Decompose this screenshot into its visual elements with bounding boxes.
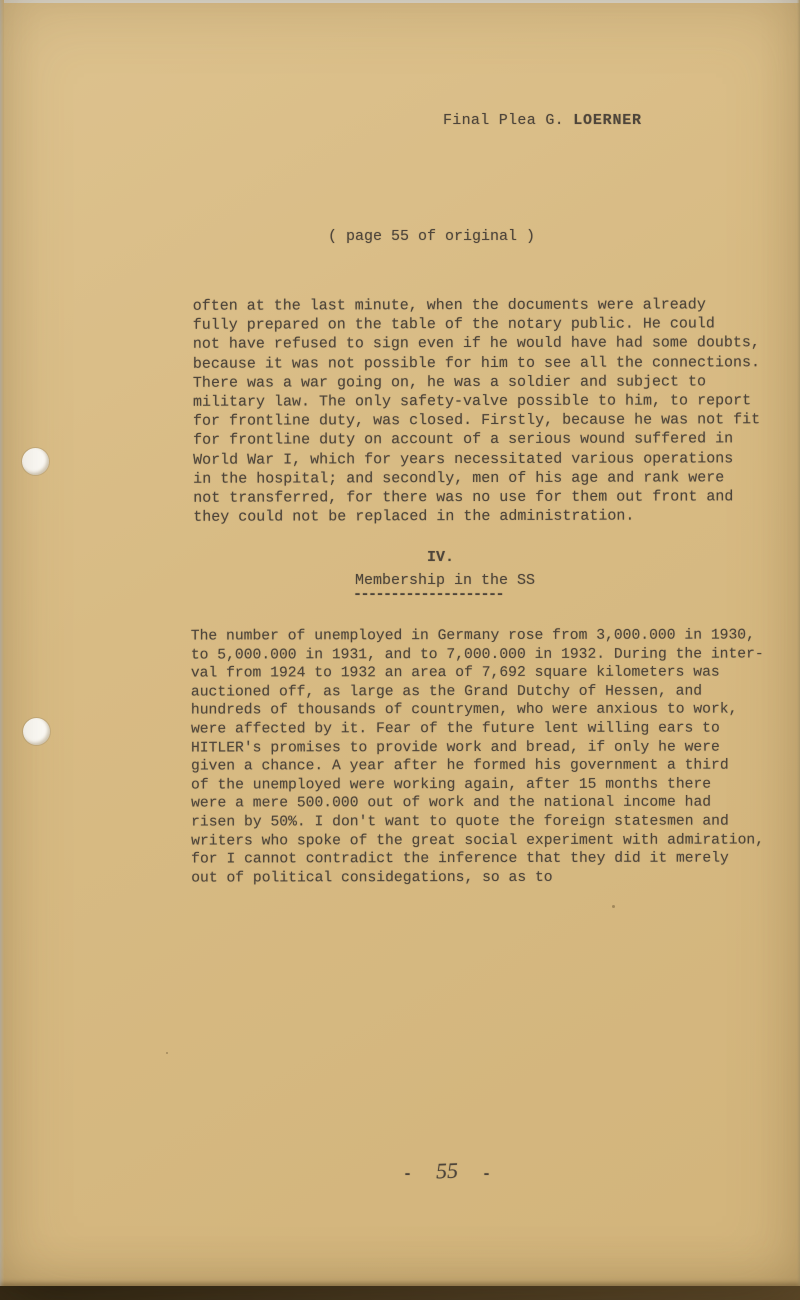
typed-line: of the unemployed were working again, af…: [191, 775, 764, 795]
typed-line: to 5,000.000 in 1931, and to 7,000.000 i…: [191, 645, 764, 665]
typed-line: for I cannot contradict the inference th…: [191, 850, 764, 870]
typed-line: There was a war going on, he was a soldi…: [193, 372, 760, 393]
footer-number: 55: [436, 1158, 459, 1185]
typed-line: were a mere 500.000 out of work and the …: [191, 794, 764, 814]
typed-line: risen by 50%. I don't want to quote the …: [191, 812, 764, 832]
footer-page-number: -55-: [403, 1158, 491, 1184]
typed-line: hundreds of thousands of countrymen, who…: [191, 701, 764, 721]
typed-line: not have refused to sign even if he woul…: [193, 334, 760, 355]
typed-line: The number of unemployed in Germany rose…: [191, 627, 764, 647]
typed-line: HITLER's promises to provide work and br…: [191, 738, 764, 758]
typed-line: often at the last minute, when the docum…: [193, 295, 760, 316]
section-title-underline: --------------------: [353, 586, 503, 603]
page-reference: ( page 55 of original ): [328, 228, 535, 245]
typed-line: military law. The only safety-valve poss…: [193, 391, 760, 412]
header-label: Final Plea G.: [443, 112, 573, 129]
scan-edge-top: [0, 0, 800, 3]
typed-line: for frontline duty on account of a serio…: [193, 430, 760, 451]
footer-left-dash: -: [403, 1166, 412, 1183]
hole-punch-top: [22, 448, 49, 475]
scan-edge-left: [0, 0, 4, 1300]
typed-line: for frontline duty, was closed. Firstly,…: [193, 410, 760, 431]
typed-line: were affected by it. Fear of the future …: [191, 719, 764, 739]
paragraph-1: often at the last minute, when the docum…: [193, 295, 761, 527]
header-defendant-name: LOERNER: [573, 112, 642, 129]
typed-line: they could not be replaced in the admini…: [193, 506, 760, 527]
paper-speck: [612, 905, 615, 908]
typed-line: auctioned off, as large as the Grand Dut…: [191, 682, 764, 702]
typed-line: val from 1924 to 1932 an area of 7,692 s…: [191, 664, 764, 684]
typed-line: because it was not possible for him to s…: [193, 353, 760, 374]
paragraph-2: The number of unemployed in Germany rose…: [191, 627, 764, 888]
typed-line: in the hospital; and secondly, men of hi…: [193, 468, 760, 489]
footer-right-dash: -: [482, 1166, 491, 1183]
typed-line: fully prepared on the table of the notar…: [193, 314, 760, 335]
typed-line: not transferred, for there was no use fo…: [193, 487, 760, 508]
document-header: Final Plea G. LOERNER: [443, 112, 642, 129]
typed-line: out of political considegations, so as t…: [191, 868, 764, 888]
scan-edge-bottom: [0, 1286, 800, 1300]
section-number: IV.: [427, 549, 454, 566]
typed-line: writers who spoke of the great social ex…: [191, 831, 764, 851]
scanned-document-page: Final Plea G. LOERNER ( page 55 of origi…: [0, 0, 800, 1300]
typed-line: World War I, which for years necessitate…: [193, 449, 760, 470]
hole-punch-bottom: [23, 718, 50, 745]
typed-line: given a chance. A year after he formed h…: [191, 757, 764, 777]
paper-speck: [166, 1052, 168, 1054]
